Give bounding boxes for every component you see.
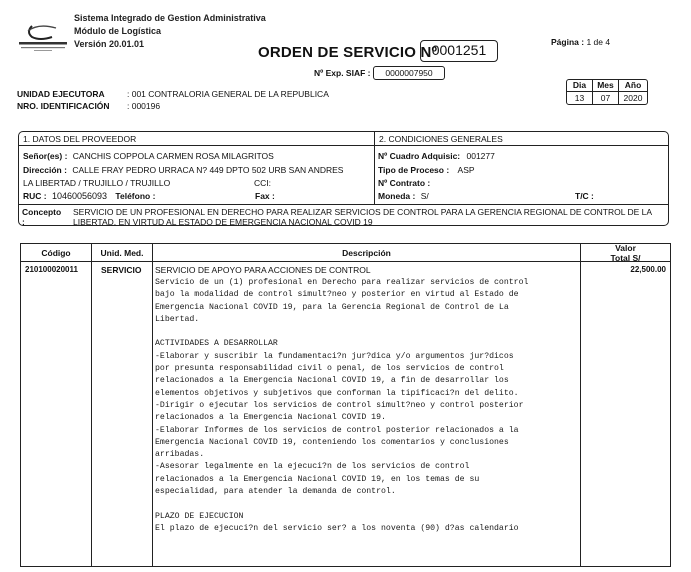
moneda-label: Moneda : [378, 191, 415, 201]
header-valor: Valor Total S/ [581, 244, 670, 261]
module-name: Módulo de Logística [74, 25, 266, 38]
row-desc-title: SERVICIO DE APOYO PARA ACCIONES DE CONTR… [155, 265, 371, 275]
header-unidad: Unid. Med. [92, 244, 152, 261]
tc-label: T/C : [575, 190, 594, 202]
date-table: Dia Mes Año 13 07 2020 [566, 79, 648, 105]
year-header: Año [619, 80, 647, 92]
day-header: Dia [567, 80, 593, 92]
header-valor-line2: Total S/ [610, 254, 640, 262]
entity-info: UNIDAD EJECUTORA: 001 CONTRALORIA GENERA… [17, 88, 329, 112]
moneda-row: Moneda : S/ [378, 190, 429, 202]
ruc-value: 10460056093 [52, 191, 107, 201]
concept-divider [19, 204, 668, 205]
ruc-label: RUC : [23, 191, 47, 201]
siaf-number: 0000007950 [373, 66, 445, 80]
page-value: 1 de 4 [586, 37, 610, 47]
column-divider [374, 132, 375, 204]
order-number: 0001251 [420, 40, 498, 62]
page-indicator: Página : 1 de 4 [551, 37, 610, 47]
row-codigo: 210100020011 [25, 265, 78, 274]
tipo-row: Tipo de Proceso : ASP [378, 164, 475, 176]
cuadro-value: 001277 [467, 151, 495, 161]
unidad-value: : 001 CONTRALORIA GENERAL DE LA REPUBLIC… [127, 89, 329, 99]
nro-id-label: NRO. IDENTIFICACIÓN [17, 100, 127, 112]
day-value: 13 [567, 92, 593, 104]
concepto-value: SERVICIO DE UN PROFESIONAL EN DERECHO PA… [73, 207, 663, 227]
ubicacion: LA LIBERTAD / TRUJILLO / TRUJILLO [23, 177, 170, 189]
tipo-value: ASP [458, 165, 475, 175]
senor-label: Señor(es) : [23, 151, 67, 161]
page-label: Página : [551, 37, 584, 47]
document-title: ORDEN DE SERVICIO Nº [258, 44, 437, 61]
header-divider [21, 261, 670, 262]
version: Versión 20.01.01 [74, 38, 266, 51]
senor-value: CANCHIS COPPOLA CARMEN ROSA MILAGRITOS [73, 151, 274, 161]
year-value: 2020 [619, 92, 647, 104]
provider-section-title: 1. DATOS DEL PROVEEDOR [19, 132, 374, 146]
contraloria-logo [18, 22, 68, 54]
header-codigo: Código [21, 244, 91, 261]
telefono-label: Teléfono : [115, 191, 155, 201]
items-table: Código Unid. Med. Descripción Valor Tota… [20, 243, 671, 567]
direccion-value: CALLE FRAY PEDRO URRACA N? 449 DPTO 502 … [72, 165, 343, 175]
row-desc-body: Servicio de un (1) profesional en Derech… [155, 277, 585, 535]
header-valor-line1: Valor [615, 244, 636, 252]
ruc-row: RUC : 10460056093 Teléfono : [23, 190, 155, 202]
row-valor: 22,500.00 [630, 265, 666, 274]
provider-conditions-box: 1. DATOS DEL PROVEEDOR 2. CONDICIONES GE… [18, 131, 669, 226]
siaf-label: Nº Exp. SIAF : [314, 68, 370, 78]
month-value: 07 [593, 92, 619, 104]
contrato-label: Nº Contrato : [378, 177, 430, 189]
system-info: Sistema Integrado de Gestion Administrat… [74, 12, 266, 51]
tipo-label: Tipo de Proceso : [378, 165, 449, 175]
direccion-label: Dirección : [23, 165, 67, 175]
nro-id-value: : 000196 [127, 101, 160, 111]
header-descripcion: Descripción [153, 244, 580, 261]
logo-emblem-icon [18, 22, 68, 54]
conditions-section-title: 2. CONDICIONES GENERALES [375, 132, 668, 146]
moneda-value: S/ [421, 191, 429, 201]
concepto-label: Concepto : [22, 207, 61, 227]
cuadro-row: Nº Cuadro Adquisic: 001277 [378, 150, 495, 162]
system-name: Sistema Integrado de Gestion Administrat… [74, 12, 266, 25]
direccion-row: Dirección : CALLE FRAY PEDRO URRACA N? 4… [23, 164, 343, 176]
cuadro-label: Nº Cuadro Adquisic: [378, 151, 460, 161]
senor-row: Señor(es) : CANCHIS COPPOLA CARMEN ROSA … [23, 150, 274, 162]
month-header: Mes [593, 80, 619, 92]
cci-label: CCI: [254, 177, 271, 189]
col-divider [152, 244, 153, 566]
row-unidad: SERVICIO [101, 265, 141, 275]
fax-label: Fax : [255, 190, 275, 202]
unidad-label: UNIDAD EJECUTORA [17, 88, 127, 100]
col-divider [91, 244, 92, 566]
